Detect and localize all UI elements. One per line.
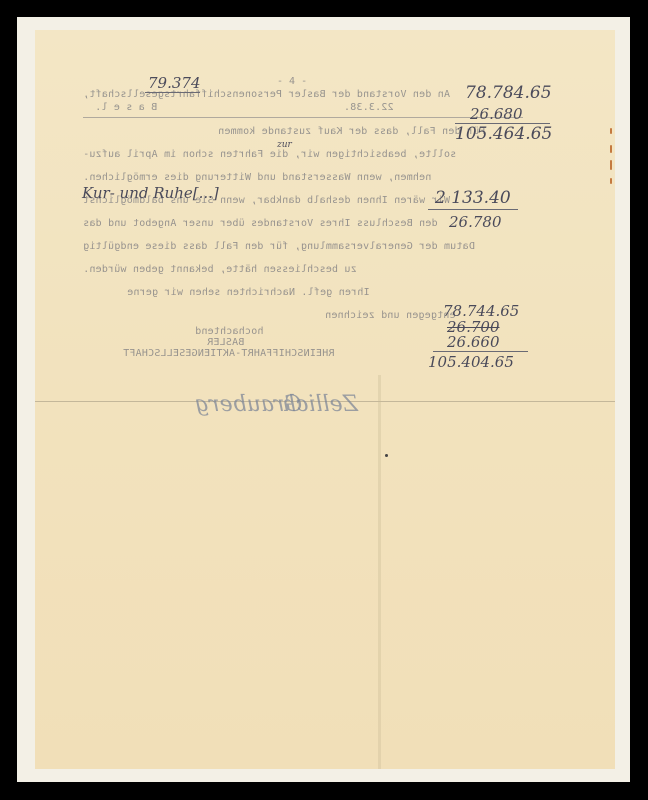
sum3-b: 26.660 <box>447 333 500 351</box>
address-underline <box>83 117 523 118</box>
vertical-crease <box>378 375 381 769</box>
sum1-b: 26.680 <box>470 105 523 123</box>
signature-2: Zellich <box>282 392 358 417</box>
mirrored-text-line: Für den Fall, dass der Kauf zustande kom… <box>218 126 485 137</box>
handwritten-ref-number: 79.374 <box>148 74 201 92</box>
rust-mark <box>610 145 612 153</box>
sum1-total: 105.464.65 <box>455 124 552 144</box>
handwritten-insertion: Kur- und Ruhe[...] <box>82 184 219 202</box>
document-page: - 4 - An den Vorstand der Basler Persone… <box>35 30 615 769</box>
mirrored-text-line: sollte, beabsichtigen wir, die Fahrten s… <box>83 149 456 160</box>
ref-underline <box>145 92 200 93</box>
rust-mark <box>610 178 612 184</box>
sum3-total: 105.404.65 <box>428 353 514 371</box>
mirrored-text-line: Ihren gefl. Nachrichten sehen wir gerne <box>127 287 370 298</box>
sum1-a: 78.784.65 <box>465 83 552 103</box>
sum3-rule <box>433 351 528 352</box>
mirrored-text-line: zu beschliessen hätte, bekannt geben wür… <box>83 264 357 275</box>
mirrored-text-line: nehmen, wenn Wasserstand und Witterung d… <box>83 172 431 183</box>
page-number: - 4 - <box>277 76 307 87</box>
rust-mark <box>610 128 612 134</box>
sum2-b: 26.780 <box>449 213 502 231</box>
sum2-rule <box>428 209 518 210</box>
mirrored-company-1: BASLER <box>207 337 244 348</box>
mirrored-address-line: An den Vorstand der Basler Personenschif… <box>83 89 450 100</box>
rust-mark <box>610 160 612 170</box>
sum2-a: 2 133.40 <box>435 188 511 208</box>
mirrored-company-2: RHEINSCHIFFAHRT-AKTIENGESELLSCHAFT <box>123 348 335 359</box>
mirrored-text-line: entgegen und zeichnen <box>325 310 456 321</box>
mirrored-text-line: Datum der Generalversammlung, für den Fa… <box>83 241 475 252</box>
handwritten-note: zur <box>277 140 292 150</box>
ink-speck <box>385 454 388 457</box>
mirrored-closing: hochachtend <box>195 326 263 337</box>
mirrored-date-line: 22.3.38. B a s e l. <box>95 102 394 113</box>
mirrored-text-line: den Beschluss Ihres Vorstandes über unse… <box>83 218 438 229</box>
